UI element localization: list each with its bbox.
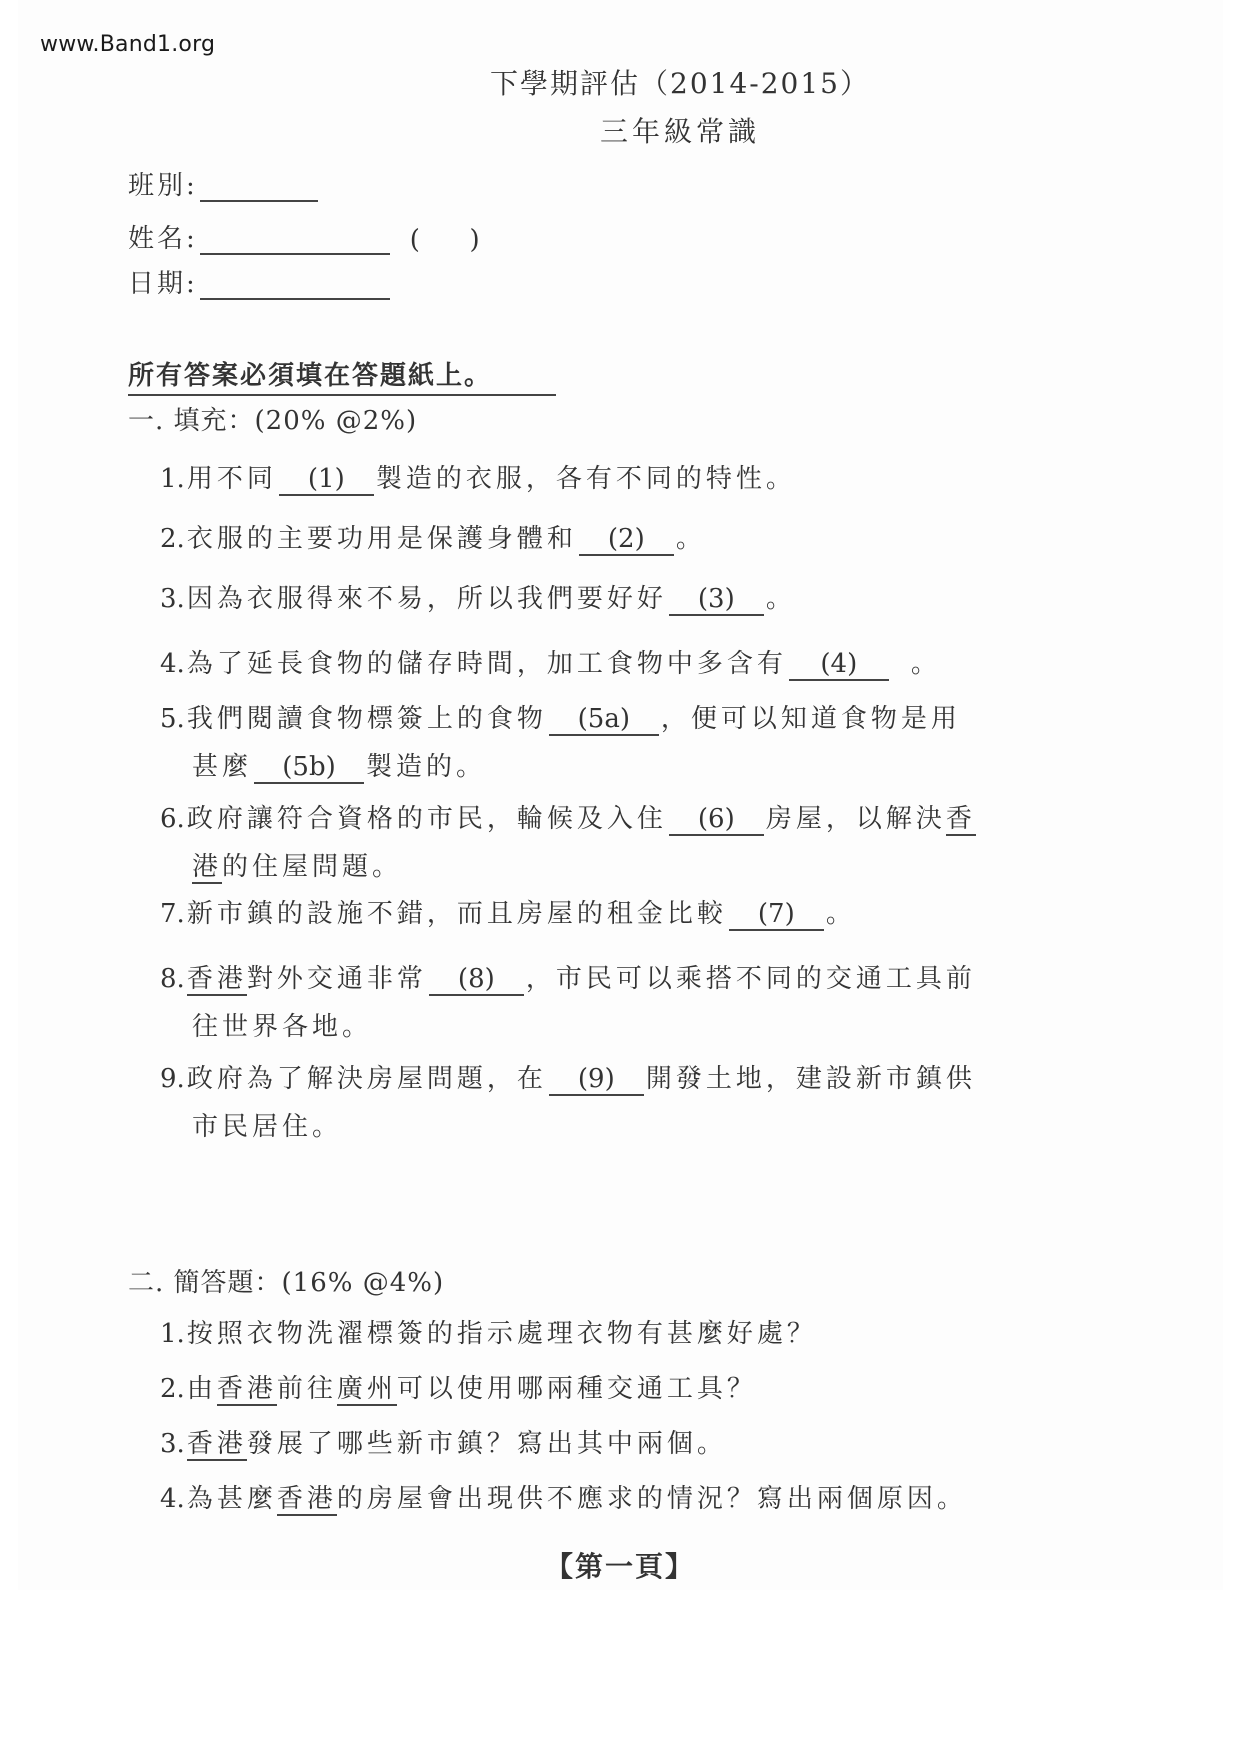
fill-question-3: 3.因為衣服得來不易，所以我們要好好(3)。	[160, 575, 796, 623]
name-field: 姓名: ( )	[128, 218, 480, 255]
proper-noun-underline: 香港	[217, 1374, 277, 1406]
short-question-3: 3.香港發展了哪些新市鎮？寫出其中兩個。	[160, 1420, 727, 1468]
answer-blank: (4)	[789, 649, 889, 681]
proper-noun-underline: 香港	[187, 964, 247, 996]
fill-question-1: 1.用不同(1)製造的衣服，各有不同的特性。	[160, 455, 796, 503]
fill-question-6: 6.政府讓符合資格的市民，輪候及入住(6)房屋，以解決香 港的住屋問題。	[160, 795, 976, 891]
section-1-heading: 一. 填充：(20% @2%)	[128, 400, 417, 437]
answer-blank: (7)	[729, 899, 824, 931]
exam-title: 下學期評估（2014-2015）	[60, 62, 1240, 102]
name-label: 姓名:	[128, 218, 198, 255]
watermark-url: www.Band1.org	[40, 32, 215, 57]
fill-question-4: 4.為了延長食物的儲存時間，加工食物中多含有(4)。	[160, 640, 941, 688]
answer-blank: (6)	[669, 804, 764, 836]
class-number-paren: ( )	[410, 225, 480, 255]
answer-blank: (8)	[429, 964, 524, 996]
date-label: 日期:	[128, 263, 198, 300]
instruction-text: 所有答案必須填在答題紙上。	[128, 355, 556, 396]
proper-noun-underline: 香港	[187, 1429, 247, 1461]
proper-noun-underline: 港	[192, 852, 222, 884]
answer-blank: (5a)	[549, 704, 659, 736]
answer-blank: (1)	[279, 464, 374, 496]
date-blank	[200, 274, 390, 300]
page-number: 【第一頁】	[0, 1545, 1240, 1585]
class-blank	[200, 176, 318, 202]
short-question-4: 4.為甚麼香港的房屋會出現供不應求的情況？寫出兩個原因。	[160, 1475, 967, 1523]
short-question-2: 2.由香港前往廣州可以使用哪兩種交通工具？	[160, 1365, 757, 1413]
class-field: 班別:	[128, 165, 318, 202]
name-blank	[200, 229, 390, 255]
date-field: 日期:	[128, 263, 390, 300]
proper-noun-underline: 香港	[277, 1484, 337, 1516]
exam-subtitle: 三年級常識	[60, 110, 1240, 150]
proper-noun-underline: 香	[946, 804, 976, 836]
proper-noun-underline: 廣州	[337, 1374, 397, 1406]
section-2-heading: 二. 簡答題：(16% @4%)	[128, 1262, 444, 1299]
fill-question-7: 7.新市鎮的設施不錯，而且房屋的租金比較(7)。	[160, 890, 856, 938]
class-label: 班別:	[128, 165, 198, 202]
answer-blank: (3)	[669, 584, 764, 616]
answer-blank: (2)	[579, 524, 674, 556]
fill-question-9: 9.政府為了解決房屋問題，在(9)開發土地，建設新市鎮供 市民居住。	[160, 1055, 976, 1151]
answer-blank: (9)	[549, 1064, 644, 1096]
fill-question-8: 8.香港對外交通非常(8)，市民可以乘搭不同的交通工具前 往世界各地。	[160, 955, 976, 1051]
fill-question-2: 2.衣服的主要功用是保護身體和(2)。	[160, 515, 706, 563]
answer-blank: (5b)	[254, 752, 364, 784]
short-question-1: 1.按照衣物洗濯標簽的指示處理衣物有甚麼好處？	[160, 1310, 817, 1358]
fill-question-5: 5.我們閱讀食物標簽上的食物(5a)，便可以知道食物是用 甚麼(5b)製造的。	[160, 695, 961, 791]
